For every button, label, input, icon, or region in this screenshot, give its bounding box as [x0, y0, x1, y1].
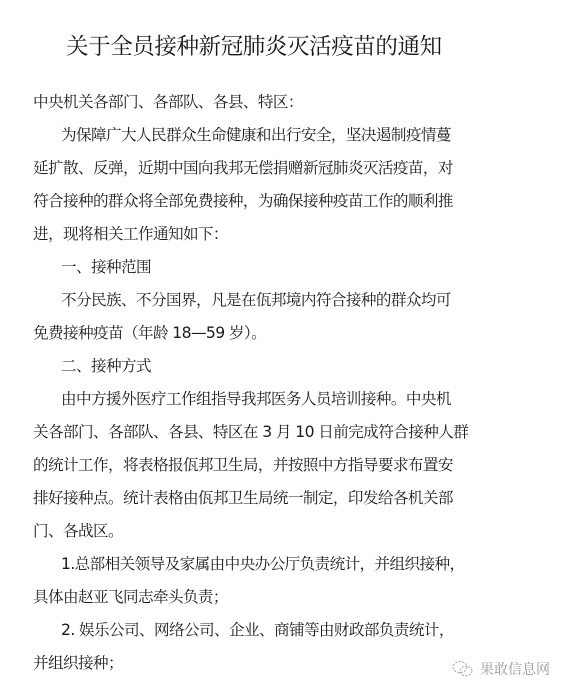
- document-line: 并组织接种；: [33, 651, 123, 673]
- watermark-text: 果敢信息网: [480, 659, 550, 679]
- document-line: 排好接种点。统计表格由佤邦卫生局统一制定，印发给各机关部: [33, 486, 453, 508]
- document-line: 1.总部相关领导及家属由中央办公厅负责统计，并组织接种，: [61, 552, 465, 574]
- document-line: 进，现将相关工作通知如下：: [33, 222, 228, 244]
- document-line: 一、接种范围: [61, 255, 151, 277]
- document-line: 门、各战区。: [33, 519, 123, 541]
- document-line: 由中方援外医疗工作组指导我邦医务人员培训接种。中央机: [61, 387, 451, 409]
- document-line: 不分民族、不分国界，凡是在佤邦境内符合接种的群众均可: [61, 288, 451, 310]
- watermark: 果敢信息网: [452, 659, 550, 679]
- document-line: 2. 娱乐公司、网络公司、企业、商铺等由财政部负责统计，: [61, 618, 454, 640]
- document-line: 二、接种方式: [61, 354, 151, 376]
- document-line: 免费接种疫苗（年龄 18—59 岁）。: [33, 321, 266, 343]
- document-line: 关各部门、各部队、各县、特区在 3 月 10 日前完成符合接种人群: [33, 420, 468, 442]
- document-line: 为保障广大人民群众生命健康和出行安全，坚决遏制疫情蔓: [61, 123, 451, 145]
- document-line: 具体由赵亚飞同志牵头负责；: [33, 585, 228, 607]
- document-title: 关于全员接种新冠肺炎灭活疫苗的通知: [66, 29, 442, 61]
- document-line: 延扩散、反弹，近期中国向我邦无偿捐赠新冠肺炎灭活疫苗，对: [33, 156, 453, 178]
- document-line: 符合接种的群众将全部免费接种，为确保接种疫苗工作的顺利推: [33, 189, 453, 211]
- document-line: 的统计工作，将表格报佤邦卫生局，并按照中方指导要求布置安: [33, 453, 453, 475]
- wechat-icon: [452, 660, 474, 678]
- document-line: 中央机关各部门、各部队、各县、特区：: [33, 90, 303, 112]
